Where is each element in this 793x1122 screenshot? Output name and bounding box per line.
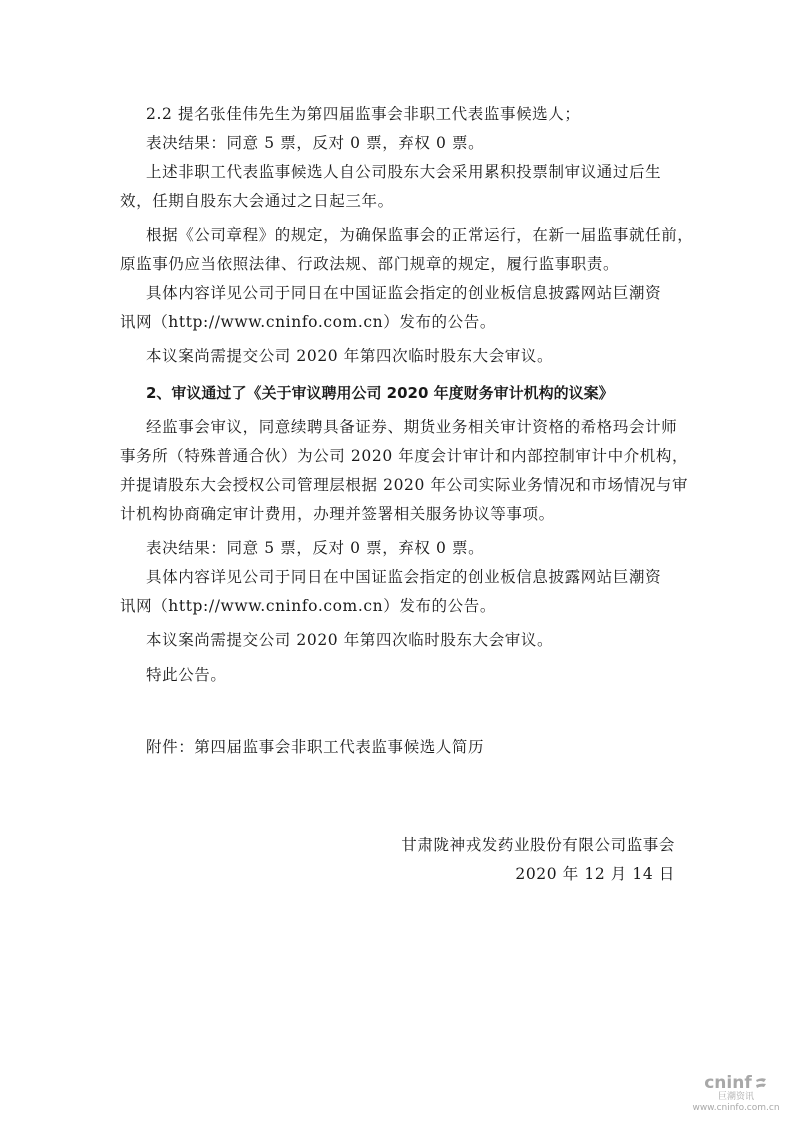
signature-date: 2020 年 12 月 14 日 — [515, 864, 675, 884]
cninfo-watermark: cninf 巨潮资讯 www.cninfo.com.cn — [691, 1074, 781, 1114]
paragraph-line: 效，任期自股东大会通过之日起三年。 — [120, 191, 680, 211]
paragraph-line: 经监事会审议，同意续聘具备证券、期货业务相关审计资格的希格玛会计师 — [146, 417, 706, 437]
paragraph-line: 计机构协商确定审计费用，办理并签署相关服务协议等事项。 — [120, 504, 680, 524]
paragraph-line: 具体内容详见公司于同日在中国证监会指定的创业板信息披露网站巨潮资 — [146, 283, 706, 303]
vote-result-1: 表决结果：同意 5 票，反对 0 票，弃权 0 票。 — [146, 133, 706, 153]
paragraph-line: 事务所（特殊普通合伙）为公司 2020 年度会计审计和内部控制审计中介机构， — [120, 446, 680, 466]
paragraph-line: 原监事仍应当依照法律、行政法规、部门规章的规定，履行监事职责。 — [120, 254, 680, 274]
paragraph-line: 上述非职工代表监事候选人自公司股东大会采用累积投票制审议通过后生 — [146, 162, 706, 182]
paragraph-line: 本议案尚需提交公司 2020 年第四次临时股东大会审议。 — [146, 346, 706, 366]
paragraph-line: 根据《公司章程》的规定，为确保监事会的正常运行，在新一届监事就任前， — [146, 225, 706, 245]
paragraph-line: 讯网（http://www.cninfo.com.cn）发布的公告。 — [120, 312, 680, 332]
section-heading-2: 2、审议通过了《关于审议聘用公司 2020 年度财务审计机构的议案》 — [146, 383, 706, 403]
paragraph-line: 本议案尚需提交公司 2020 年第四次临时股东大会审议。 — [146, 630, 706, 650]
paragraph-line: 具体内容详见公司于同日在中国证监会指定的创业板信息披露网站巨潮资 — [146, 567, 706, 587]
watermark-chinese: 巨潮资讯 — [691, 1092, 781, 1103]
item-2-2-nomination: 2.2 提名张佳伟先生为第四届监事会非职工代表监事候选人； — [146, 104, 706, 124]
vote-result-2: 表决结果：同意 5 票，反对 0 票，弃权 0 票。 — [146, 538, 706, 558]
attachment-note: 附件：第四届监事会非职工代表监事候选人简历 — [146, 737, 706, 757]
watermark-logo: cninf — [691, 1074, 781, 1092]
signature-company: 甘肃陇神戎发药业股份有限公司监事会 — [401, 835, 675, 855]
document-page: 2.2 提名张佳伟先生为第四届监事会非职工代表监事候选人； 表决结果：同意 5 … — [0, 0, 793, 1122]
closing-statement: 特此公告。 — [146, 665, 706, 685]
watermark-url: www.cninfo.com.cn — [691, 1103, 781, 1114]
paragraph-line: 讯网（http://www.cninfo.com.cn）发布的公告。 — [120, 596, 680, 616]
paragraph-line: 并提请股东大会授权公司管理层根据 2020 年公司实际业务情况和市场情况与审 — [120, 475, 680, 495]
watermark-logo-text: cninf — [704, 1073, 752, 1093]
cninfo-swirl-icon — [754, 1075, 768, 1087]
